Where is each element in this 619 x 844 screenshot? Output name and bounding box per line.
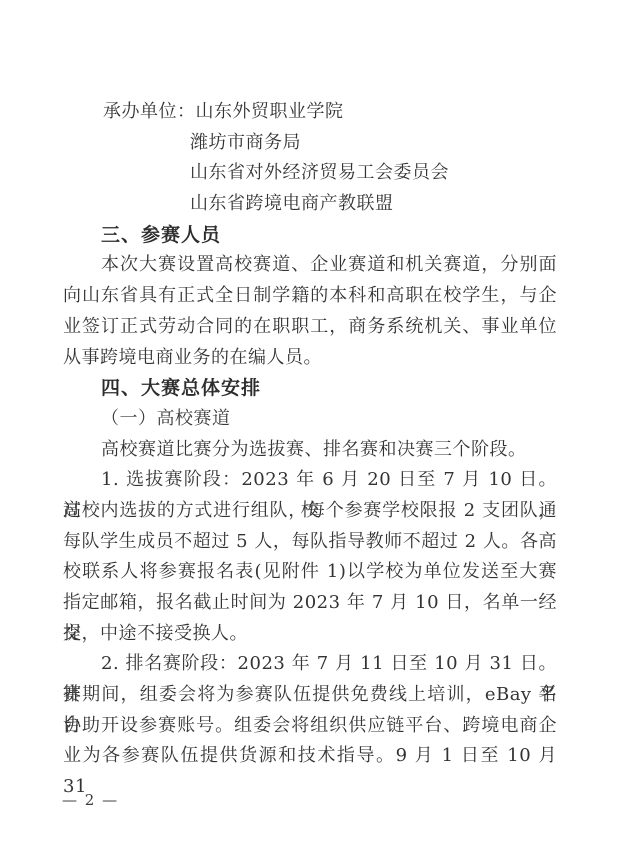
participants-paragraph-line: 业签订正式劳动合同的在职职工，商务系统机关、事业单位 [63, 312, 557, 343]
stage1-paragraph-line: 过校内选拔的方式进行组队，每个参赛学校限报 2 支团队， [63, 496, 557, 527]
stage2-paragraph-line: 业为各参赛队伍提供货源和技术指导。9 月 1 日至 10 月 31 [63, 741, 557, 772]
stage2-paragraph-line: 2. 排名赛阶段：2023 年 7 月 11 日至 10 月 31 日。排名 [63, 649, 557, 680]
section-heading-arrangement: 四、大赛总体安排 [63, 373, 557, 404]
stage1-paragraph-line: 校联系人将参赛报名表(见附件 1)以学校为单位发送至大赛 [63, 557, 557, 588]
page-number: — 2 — [62, 790, 119, 810]
organizer-line-3: 山东省对外经济贸易工会委员会 [63, 158, 557, 189]
stage1-paragraph-line: 每队学生成员不超过 5 人，每队指导教师不超过 2 人。各高 [63, 527, 557, 558]
document-body: 承办单位：山东外贸职业学院 潍坊市商务局 山东省对外经济贸易工会委员会 山东省跨… [63, 97, 557, 772]
organizer-line-1: 承办单位：山东外贸职业学院 [63, 97, 557, 128]
organizer-line-4: 山东省跨境电商产教联盟 [63, 189, 557, 220]
document-page: 承办单位：山东外贸职业学院 潍坊市商务局 山东省对外经济贸易工会委员会 山东省跨… [0, 0, 619, 844]
section-heading-participants: 三、参赛人员 [63, 220, 557, 251]
participants-paragraph-line: 本次大赛设置高校赛道、企业赛道和机关赛道，分别面 [63, 250, 557, 281]
stage1-paragraph-line: 交，中途不接受换人。 [63, 619, 557, 650]
subsection-heading-university-track: （一）高校赛道 [63, 404, 557, 435]
arrangement-intro-line: 高校赛道比赛分为选拔赛、排名赛和决赛三个阶段。 [63, 435, 557, 466]
stage2-paragraph-line: 赛期间，组委会将为参赛队伍提供免费线上培训，eBay 平台 [63, 680, 557, 711]
organizer-name-1: 山东外贸职业学院 [196, 101, 344, 122]
participants-paragraph-line: 向山东省具有正式全日制学籍的本科和高职在校学生，与企 [63, 281, 557, 312]
stage1-paragraph-line: 1. 选拔赛阶段：2023 年 6 月 20 日至 7 月 10 日。高校通 [63, 465, 557, 496]
stage1-paragraph-line: 指定邮箱，报名截止时间为 2023 年 7 月 10 日，名单一经提 [63, 588, 557, 619]
stage2-paragraph-line: 协助开设参赛账号。组委会将组织供应链平台、跨境电商企 [63, 711, 557, 742]
participants-paragraph-line: 从事跨境电商业务的在编人员。 [63, 343, 557, 374]
organizer-label: 承办单位： [103, 101, 196, 122]
organizer-line-2: 潍坊市商务局 [63, 128, 557, 159]
